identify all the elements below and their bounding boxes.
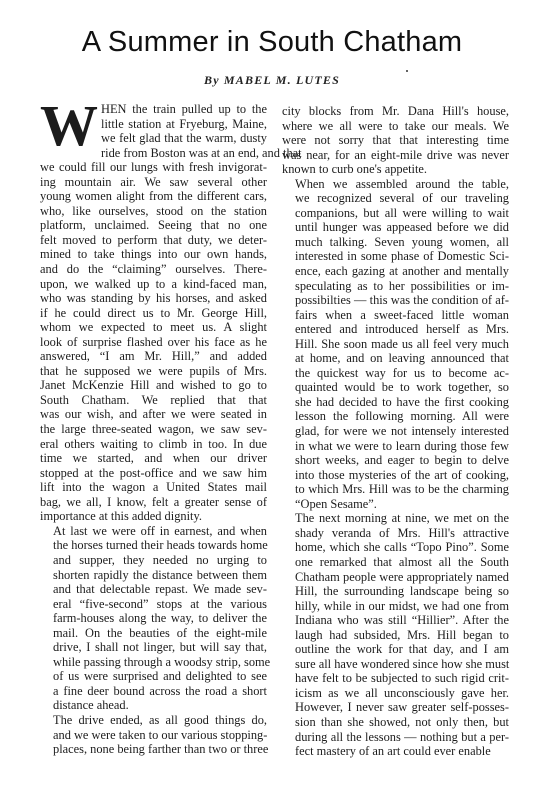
text-line: eral “five-second” stops at the various [40,597,267,612]
text-line: entered and introduced herself as Mrs. [282,322,509,337]
text-line: speculating as to her possibilities or i… [282,279,509,294]
text-line: if he could direct us to Mr. George Hill… [40,306,267,321]
text-line: The next morning at nine, we met on the [282,511,509,526]
text-line: we recognized several of our traveling [282,191,509,206]
text-line: farm-houses along the way, to deliver th… [40,611,267,626]
text-line: that he supposed we were pupils of Mrs. [40,364,267,379]
text-line: who was standing by his horses, and aske… [40,291,267,306]
text-line: platform, unclaimed. Seeing that no one [40,218,267,233]
text-line: laugh had subsided, Mrs. Hill began to [282,628,509,643]
text-line: look of surprise flashed over his face a… [40,335,267,350]
text-line: upon, we walked up to a kind-faced man, [40,277,267,292]
text-line: When we assembled around the table, [282,177,509,192]
paragraph: WHEN the train pulled up to thelittle st… [40,102,267,524]
text-line: at home, and on leaving announced that [282,351,509,366]
text-line: bag, we all, I know, felt a greater sens… [40,495,267,510]
text-line: lift into the wagon a United States mail [40,480,267,495]
text-line: have felt to be subjected to such rigid … [282,671,509,686]
text-line: much talking. Seven young women, all [282,235,509,250]
text-line: shady veranda of Mrs. Hill's attractive [282,526,509,541]
text-line: and do the “claiming” ourselves. There- [40,262,267,277]
text-line: mined to take things into our own hands, [40,247,267,262]
text-line: distance ahead. [40,698,267,713]
text-line: answered, “I am Mr. Hill,” and added [40,349,267,364]
text-line: who, like ourselves, stood on the statio… [40,204,267,219]
text-line: quainted would be to work together, so [282,380,509,395]
text-line: shorten rapidly the distance between the… [40,568,267,583]
paragraph: When we assembled around the table,we re… [282,177,509,512]
text-line: Indiana who was still “Hillier”. After t… [282,613,509,628]
text-line: icism as we all unconsciously gave her. [282,686,509,701]
text-line: hilly, while in our midst, we had one fr… [282,599,509,614]
text-line: were not sorry that that interesting tim… [282,133,509,148]
text-line: the quickest way for us to become ac- [282,366,509,381]
text-line: was near, for an eight-mile drive was ne… [282,148,509,163]
text-line: Hill, the surrounding landscape being so [282,584,509,599]
text-line: to which Mrs. Hill was to be the charmin… [282,482,509,497]
text-line: lesson the following morning. All were [282,409,509,424]
text-line: city blocks from Mr. Dana Hill's house, [282,104,509,119]
text-line: companions, but all were willing to wait [282,206,509,221]
text-line: sion than she showed, not only then, but [282,715,509,730]
left-column: WHEN the train pulled up to thelittle st… [40,102,267,757]
text-line: mail. On the beauties of the eight-mile [40,626,267,641]
text-line: she had decided to have the first cookin… [282,395,509,410]
text-line: fect mastery of an art could ever enable [282,744,509,759]
paragraph: The drive ended, as all good things do,a… [40,713,267,757]
paragraph: city blocks from Mr. Dana Hill's house,w… [282,104,509,177]
text-line: home, which she calls “Topo Pino”. Some [282,540,509,555]
text-line: places, none being farther than two or t… [40,742,267,757]
text-line: young women alight from the different ca… [40,189,267,204]
text-line: eral others waiting to climb in too. In … [40,437,267,452]
article-byline: By MABEL M. LUTES [0,73,544,88]
text-line: importance at this added dignity. [40,509,267,524]
text-line: and supper, they needed no urging to [40,553,267,568]
right-column: city blocks from Mr. Dana Hill's house,w… [282,104,509,759]
text-line: fairs when a sweet-faced little woman [282,308,509,323]
text-line: “Open Sesame”. [282,497,509,512]
text-line: whom we expected to meet us. A slight [40,320,267,335]
text-line: possibilties — this was the condition of… [282,293,509,308]
text-line: South Chatham. We replied that that [40,393,267,408]
text-line: in what we were to learn during those fe… [282,439,509,454]
text-line: and we were taken to our various stoppin… [40,728,267,743]
text-line: a fine deer bound across the road a shor… [40,684,267,699]
text-line: At last we were off in earnest, and when [40,524,267,539]
text-line: ing mountain air. We saw several other [40,175,267,190]
text-line: Hill. She soon made us all feel very muc… [282,337,509,352]
text-line: while passing through a woodsy strip, so… [40,655,267,670]
paragraph: At last we were off in earnest, and when… [40,524,267,713]
text-line: ence, each gazing at another and mentall… [282,264,509,279]
text-line: of us were surprised and delighted to se… [40,669,267,684]
text-line: Janet McKenzie Hill and wished to go to [40,378,267,393]
text-line: during all the lessons — nothing but a p… [282,730,509,745]
text-line: we could fill our lungs with fresh invig… [40,160,267,175]
text-line: interested in some phase of Domestic Sci… [282,249,509,264]
text-line: Chatham people were appropriately named [282,570,509,585]
text-line: felt moved to perform that duty, we dete… [40,233,267,248]
text-line: and that delectable repast. We made sev- [40,582,267,597]
text-line: into those mysteries of the art of cooki… [282,468,509,483]
text-line: The drive ended, as all good things do, [40,713,267,728]
text-line: known to curb one's appetite. [282,162,509,177]
text-line: outline the work for that day, and I am [282,642,509,657]
article-title: A Summer in South Chatham [0,26,544,59]
text-line: glad, for were we not intensely interest… [282,424,509,439]
text-line: However, I never saw greater self-posses… [282,700,509,715]
text-line: stopped at the post-office and we saw hi… [40,466,267,481]
text-line: was our wish, and after we were seated i… [40,407,267,422]
text-line: the horses turned their heads towards ho… [40,538,267,553]
text-line: drive, I shall not linger, but will say … [40,640,267,655]
text-line: short weeks, and eager to begin to delve [282,453,509,468]
text-line: time we started, and when our driver [40,451,267,466]
text-line: where we all were to take our meals. We [282,119,509,134]
text-line: until hunger was appeased before we did [282,220,509,235]
paragraph: The next morning at nine, we met on thes… [282,511,509,758]
text-line: one remarked that almost all the South [282,555,509,570]
print-speck [406,70,408,72]
text-line: sure all have wondered since how she mus… [282,657,509,672]
drop-cap: W [40,104,98,148]
text-line: the large three-seated wagon, we saw sev… [40,422,267,437]
